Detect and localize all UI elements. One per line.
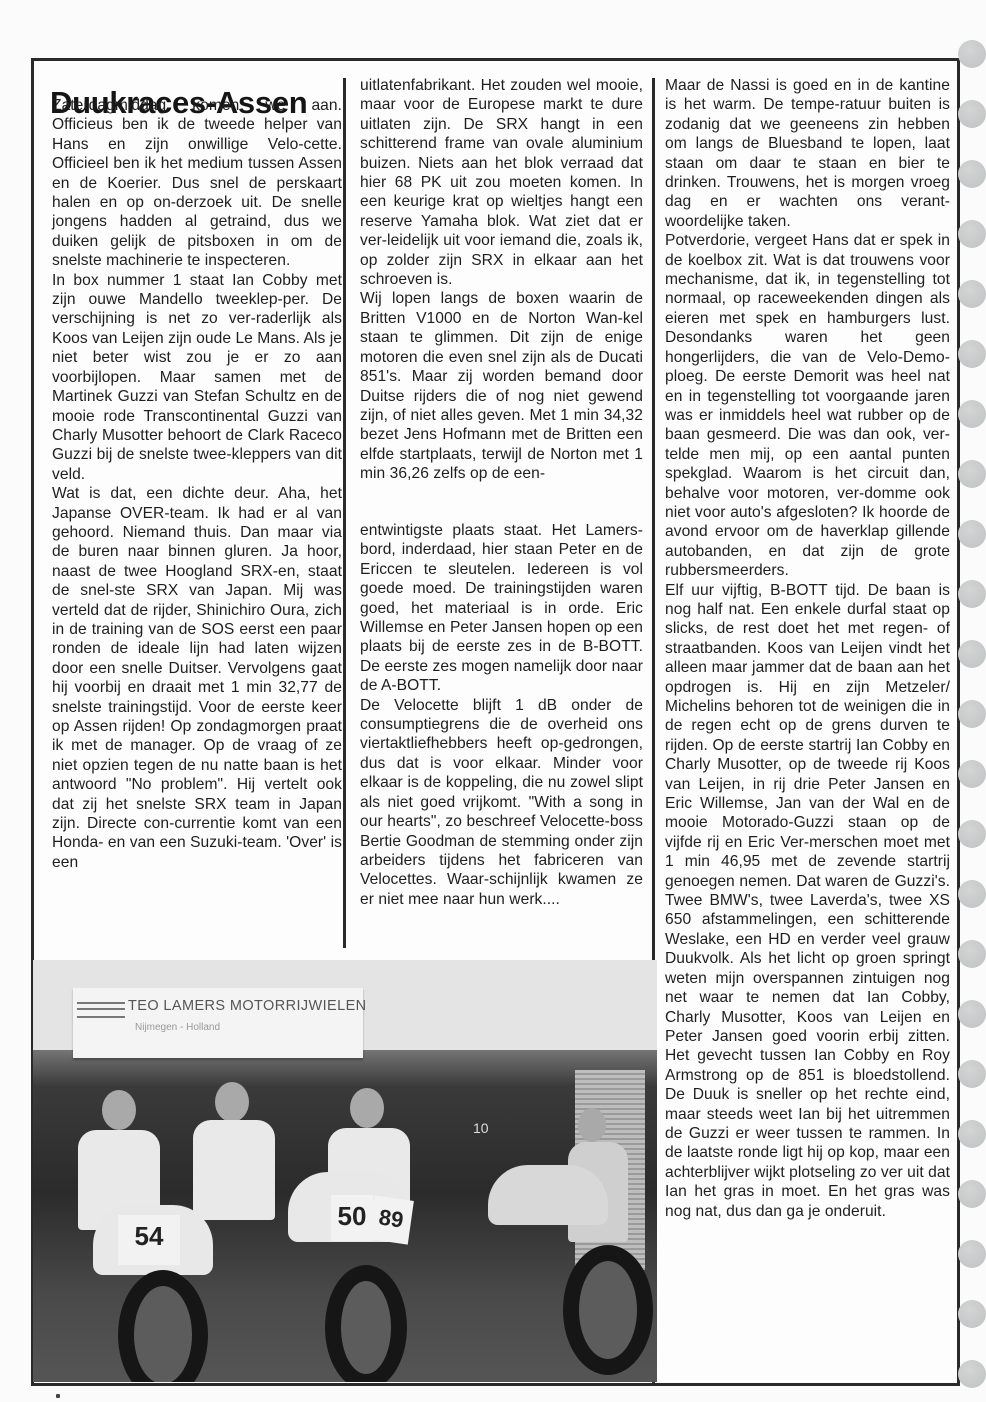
column-divider-1 xyxy=(343,78,346,948)
binder-hole-icon xyxy=(958,760,986,788)
binder-hole-icon xyxy=(958,1300,986,1328)
binder-hole-icon xyxy=(958,700,986,728)
paragraph: De Velocette blijft 1 dB onder de consum… xyxy=(360,696,643,909)
paragraph: Elf uur vijftig, B-BOTT tijd. De baan is… xyxy=(665,581,950,1221)
binder-hole-icon xyxy=(958,1240,986,1268)
binder-hole-icon xyxy=(958,460,986,488)
sign-subtitle: Nijmegen - Holland xyxy=(135,1022,220,1033)
paragraph: In box nummer 1 staat Ian Cobby met zijn… xyxy=(52,271,342,484)
article-column-1: Zaterdagmiddag komen we aan. Officieus b… xyxy=(52,96,342,872)
page-mark xyxy=(56,1394,60,1398)
binder-hole-icon xyxy=(958,580,986,608)
paragraph: Potverdorie, vergeet Hans dat er spek in… xyxy=(665,231,950,580)
binder-hole-icon xyxy=(958,40,986,68)
binder-hole-icon xyxy=(958,1120,986,1148)
sign-title: TEO LAMERS MOTORRIJWIELEN xyxy=(128,998,367,1014)
binder-hole-icon xyxy=(958,1360,986,1388)
binder-hole-icon xyxy=(958,520,986,548)
paragraph: entwintigste plaats staat. Het Lamers-bo… xyxy=(360,521,643,696)
binder-hole-icon xyxy=(958,1060,986,1088)
box-number: 10 xyxy=(473,1120,489,1136)
binder-hole-icon xyxy=(958,640,986,668)
article-column-2-bottom: entwintigste plaats staat. Het Lamers-bo… xyxy=(360,521,643,909)
paragraph: Wij lopen langs de boxen waarin de Britt… xyxy=(360,289,643,483)
article-column-3: Maar de Nassi is goed en in de kantine i… xyxy=(665,76,950,1221)
binder-hole-icon xyxy=(958,820,986,848)
paragraph: Zaterdagmiddag komen we aan. Officieus b… xyxy=(52,96,342,271)
binder-hole-icon xyxy=(958,220,986,248)
team-photo: TEO LAMERS MOTORRIJWIELEN Nijmegen - Hol… xyxy=(33,960,657,1382)
binder-hole-icon xyxy=(958,400,986,428)
paragraph: Wat is dat, een dichte deur. Aha, het Ja… xyxy=(52,484,342,872)
binder-hole-icon xyxy=(958,940,986,968)
article-column-2-top: uitlatenfabrikant. Het zouden wel mooie,… xyxy=(360,76,643,484)
dealer-sign: TEO LAMERS MOTORRIJWIELEN Nijmegen - Hol… xyxy=(73,988,363,1058)
sign-stripes-left-icon xyxy=(77,1002,125,1018)
binder-hole-icon xyxy=(958,1000,986,1028)
binder-hole-icon xyxy=(958,340,986,368)
binder-hole-icon xyxy=(958,280,986,308)
binder-hole-icon xyxy=(958,880,986,908)
binder-hole-icon xyxy=(958,1180,986,1208)
binder-hole-icon xyxy=(958,100,986,128)
paragraph: Maar de Nassi is goed en in de kantine i… xyxy=(665,76,950,231)
paragraph: uitlatenfabrikant. Het zouden wel mooie,… xyxy=(360,76,643,289)
binder-holes xyxy=(955,0,986,1402)
binder-hole-icon xyxy=(958,160,986,188)
